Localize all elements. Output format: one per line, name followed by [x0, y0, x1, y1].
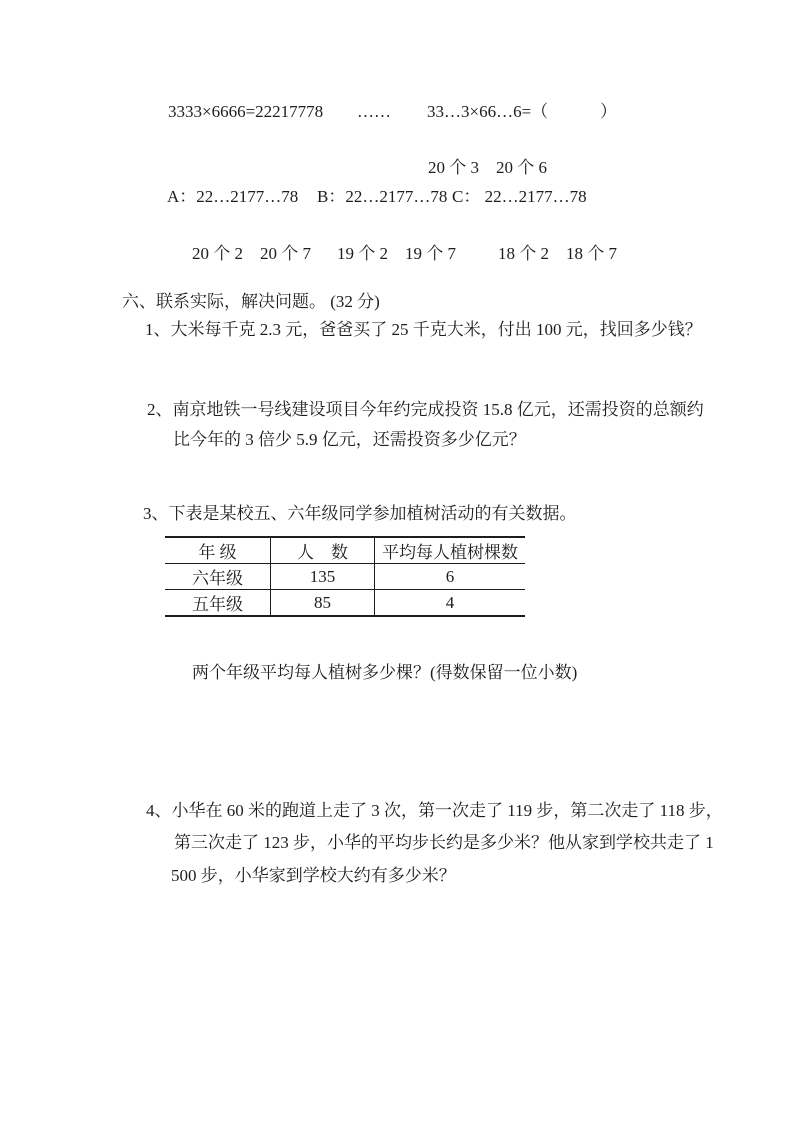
section-heading: 六、联系实际，解决问题。 (32 分)	[122, 291, 380, 313]
count-annotation-top: 20 个 3 20 个 6	[428, 157, 547, 179]
table-header-count: 人 数	[271, 537, 375, 564]
cell-grade-5: 五年级	[165, 590, 271, 617]
equation-question: 33…3×66…6=（	[427, 101, 548, 123]
count-annotation-bottom-2: 19 个 2 19 个 7	[337, 243, 456, 265]
table-row: 五年级 85 4	[165, 590, 525, 617]
question-2-line-1: 2、南京地铁一号线建设项目今年约完成投资 15.8 亿元，还需投资的总额约	[147, 399, 704, 421]
cell-grade-6: 六年级	[165, 564, 271, 590]
question-4-line-1: 4、小华在 60 米的跑道上走了 3 次，第一次走了 119 步，第二次走了 1…	[146, 800, 723, 822]
question-2-line-2: 比今年的 3 倍少 5.9 亿元，还需投资多少亿元？	[173, 429, 526, 451]
option-b: B：22…2177…78	[317, 186, 447, 208]
equation-ellipsis: ……	[357, 101, 391, 123]
table-header-row: 年 级 人 数 平均每人植树棵数	[165, 537, 525, 564]
question-4-line-2: 第三次走了 123 步，小华的平均步长约是多少米？他从家到学校共走了 1	[174, 832, 714, 854]
count-annotation-bottom-3: 18 个 2 18 个 7	[498, 243, 617, 265]
tree-planting-table: 年 级 人 数 平均每人植树棵数 六年级 135 6 五年级 85 4	[165, 536, 525, 617]
worksheet-page: 3333×6666=22217778 …… 33…3×66…6=（ ） 20 个…	[0, 0, 793, 1122]
option-a: A：22…2177…78	[167, 186, 298, 208]
table-header-trees-per-person: 平均每人植树棵数	[375, 537, 526, 564]
count-annotation-bottom-1: 20 个 2 20 个 7	[192, 243, 311, 265]
cell-grade-5-count: 85	[271, 590, 375, 617]
table-header-grade: 年 级	[165, 537, 271, 564]
equation-given: 3333×6666=22217778	[168, 101, 323, 123]
table-row: 六年级 135 6	[165, 564, 525, 590]
question-3-intro: 3、下表是某校五、六年级同学参加植树活动的有关数据。	[143, 503, 577, 525]
option-c: C： 22…2177…78	[452, 186, 587, 208]
cell-grade-6-trees: 6	[375, 564, 526, 590]
equation-close-paren: ）	[600, 101, 617, 123]
question-1: 1、大米每千克 2.3 元，爸爸买了 25 千克大米，付出 100 元，找回多少…	[145, 319, 702, 341]
question-4-line-3: 500 步，小华家到学校大约有多少米？	[171, 865, 456, 887]
cell-grade-5-trees: 4	[375, 590, 526, 617]
cell-grade-6-count: 135	[271, 564, 375, 590]
question-3-prompt: 两个年级平均每人植树多少棵？(得数保留一位小数)	[192, 662, 577, 684]
